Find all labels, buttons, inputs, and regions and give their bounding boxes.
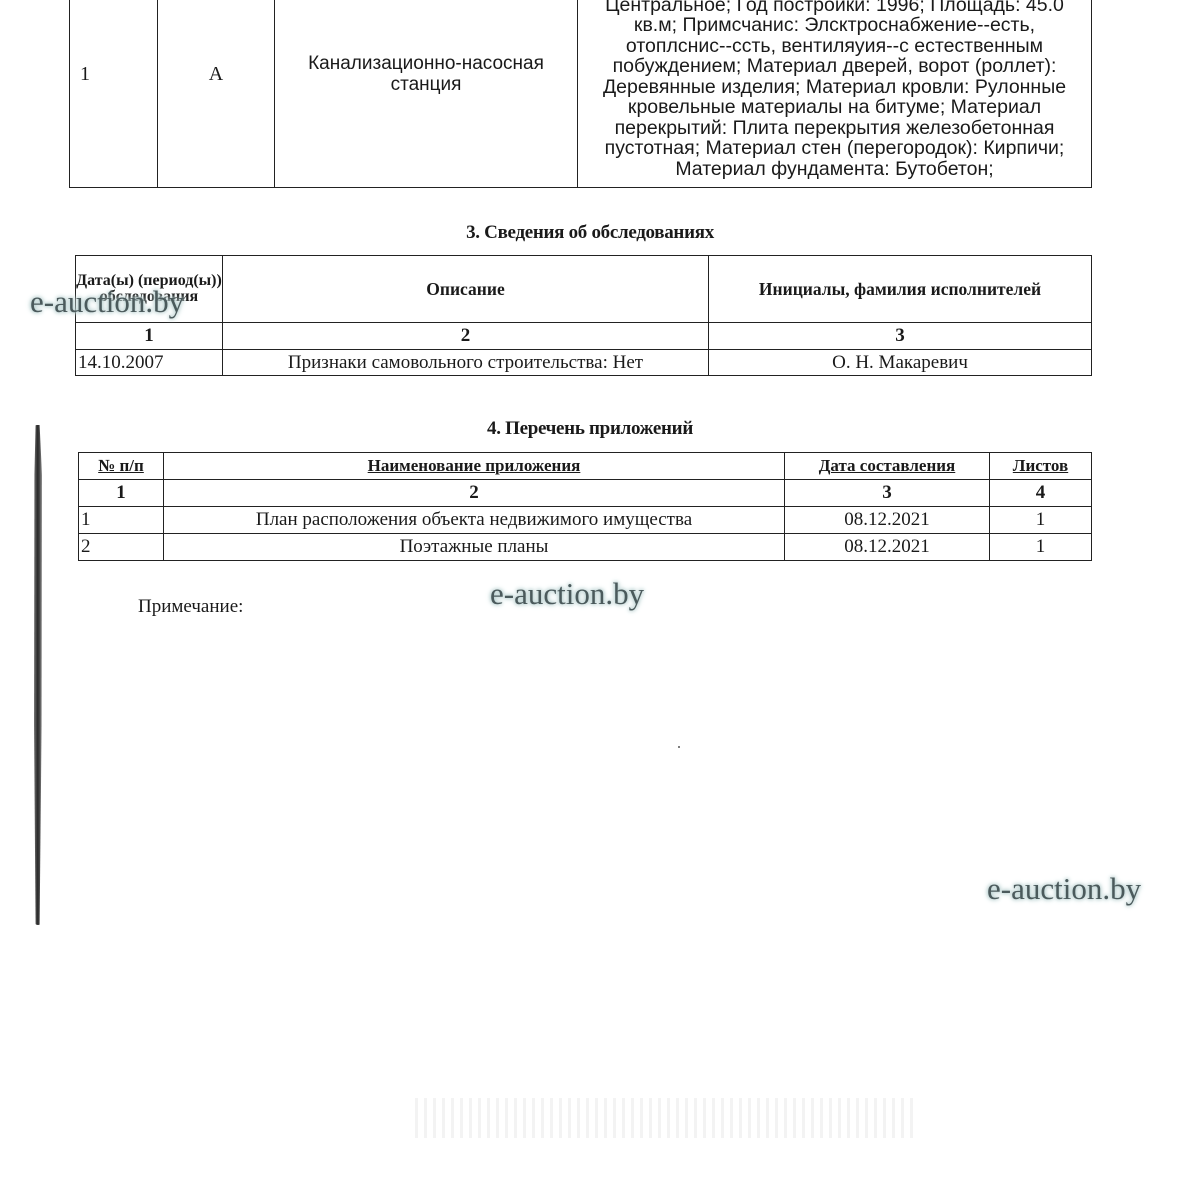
table-row: 2 Поэтажные планы 08.12.2021 1 bbox=[79, 534, 1092, 561]
column-number-row: 1 2 3 4 bbox=[79, 480, 1092, 507]
attachment-sheets: 1 bbox=[990, 534, 1092, 561]
section-4-title: 4. Перечень приложений bbox=[0, 418, 1180, 440]
faint-bleed-through bbox=[415, 1098, 915, 1138]
header-performers: Инициалы, фамилия исполнителей bbox=[709, 256, 1092, 323]
column-number-row: 1 2 3 bbox=[76, 323, 1092, 350]
buildings-table: 1 А Канализационно-насосная станция Цент… bbox=[69, 0, 1092, 188]
inspections-table: Дата(ы) (период(ы)) обследования Описани… bbox=[75, 255, 1092, 376]
column-number: 2 bbox=[164, 480, 785, 507]
attachment-number: 1 bbox=[79, 507, 164, 534]
attachment-sheets: 1 bbox=[990, 507, 1092, 534]
column-number: 3 bbox=[709, 323, 1092, 350]
table-row: 1 А Канализационно-насосная станция Цент… bbox=[70, 0, 1092, 188]
table-header-row: № п/п Наименование приложения Дата соста… bbox=[79, 453, 1092, 480]
inspection-performer: О. Н. Макаревич bbox=[709, 350, 1092, 376]
attachment-name: План расположения объекта недвижимого им… bbox=[164, 507, 785, 534]
row-number-cell: 1 bbox=[70, 0, 158, 188]
header-number: № п/п bbox=[79, 453, 164, 480]
inspection-description: Признаки самовольного строительства: Нет bbox=[223, 350, 709, 376]
attachments-table: № п/п Наименование приложения Дата соста… bbox=[78, 452, 1092, 561]
binding-edge-shadow bbox=[34, 425, 42, 925]
header-date: Дата составления bbox=[785, 453, 990, 480]
note-label: Примечание: bbox=[138, 596, 243, 618]
column-number: 1 bbox=[76, 323, 223, 350]
building-description-cell: Центральное; Год постройки: 1996; Площад… bbox=[578, 0, 1092, 188]
inspection-date: 14.10.2007 bbox=[76, 350, 223, 376]
table-row: 1 План расположения объекта недвижимого … bbox=[79, 507, 1092, 534]
header-sheets: Листов bbox=[990, 453, 1092, 480]
column-number: 1 bbox=[79, 480, 164, 507]
column-number: 4 bbox=[990, 480, 1092, 507]
attachment-date: 08.12.2021 bbox=[785, 534, 990, 561]
scan-speck bbox=[678, 746, 680, 748]
column-number: 2 bbox=[223, 323, 709, 350]
table-header-row: Дата(ы) (период(ы)) обследования Описани… bbox=[76, 256, 1092, 323]
header-attachment-name: Наименование приложения bbox=[164, 453, 785, 480]
watermark: e-auction.by bbox=[490, 576, 644, 612]
attachment-name: Поэтажные планы bbox=[164, 534, 785, 561]
attachment-number: 2 bbox=[79, 534, 164, 561]
header-description: Описание bbox=[223, 256, 709, 323]
watermark: e-auction.by bbox=[987, 871, 1141, 907]
building-name-cell: Канализационно-насосная станция bbox=[275, 0, 578, 188]
column-number: 3 bbox=[785, 480, 990, 507]
row-letter-cell: А bbox=[158, 0, 275, 188]
section-3-title: 3. Сведения об обследованиях bbox=[0, 222, 1180, 244]
attachment-date: 08.12.2021 bbox=[785, 507, 990, 534]
table-row: 14.10.2007 Признаки самовольного строите… bbox=[76, 350, 1092, 376]
watermark: e-auction.by bbox=[30, 284, 184, 320]
